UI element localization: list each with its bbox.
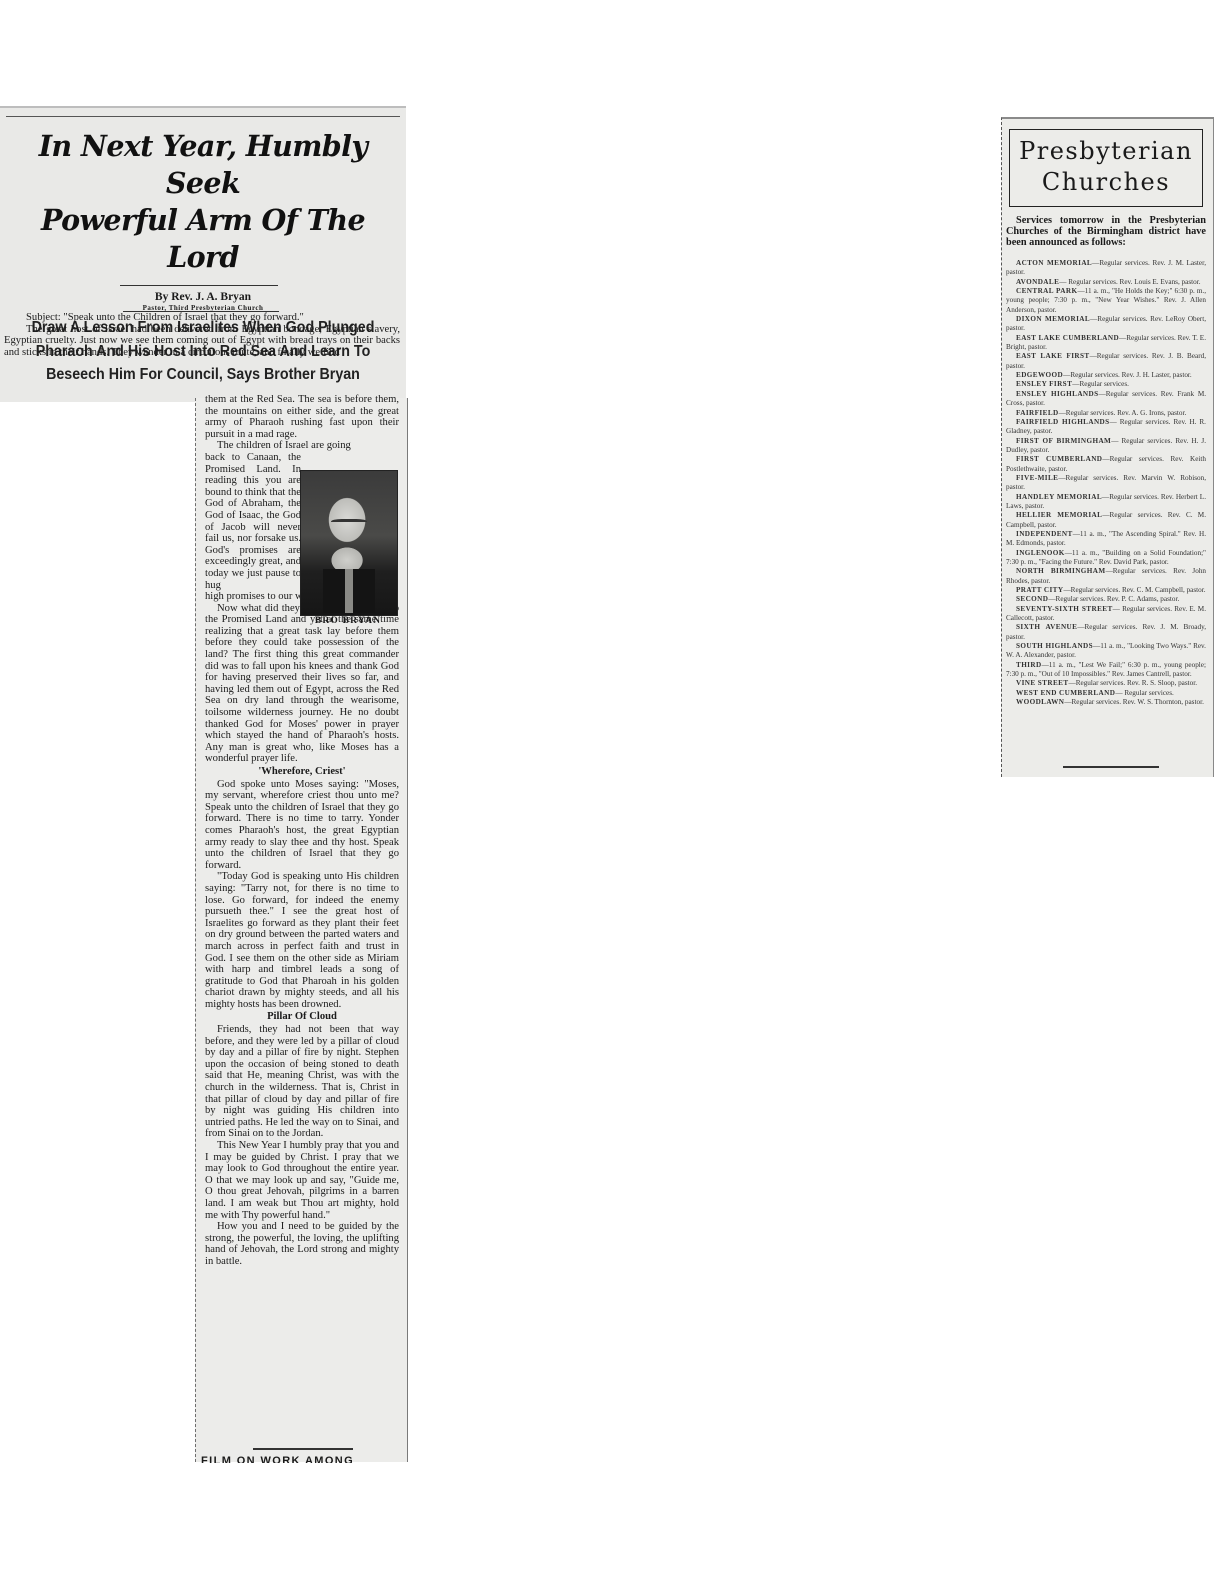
church-entry: FAIRFIELD HIGHLANDS— Regular services. R… [1006, 418, 1206, 437]
byline: By Rev. J. A. Bryan [0, 291, 406, 303]
church-name: HANDLEY MEMORIAL [1016, 493, 1102, 501]
church-name: EAST LAKE CUMBERLAND [1016, 334, 1119, 342]
church-name: FIVE-MILE [1016, 474, 1058, 482]
church-entry: THIRD—11 a. m., "Lest We Fail;" 6:30 p. … [1006, 661, 1206, 680]
church-entry: ENSLEY FIRST—Regular services. [1006, 380, 1206, 389]
church-entry: DIXON MEMORIAL—Regular services. Rev. Le… [1006, 315, 1206, 334]
church-entry: INGLENOOK—11 a. m., "Building on a Solid… [1006, 549, 1206, 568]
church-list: ACTON MEMORIAL—Regular services. Rev. J.… [1006, 259, 1206, 708]
church-name: FIRST OF BIRMINGHAM [1016, 437, 1111, 445]
church-name: FAIRFIELD [1016, 409, 1059, 417]
church-entry: PRATT CITY—Regular services. Rev. C. M. … [1006, 586, 1206, 595]
paragraph: Now what did they do standing so near to… [205, 603, 399, 765]
church-entry: SOUTH HIGHLANDS—11 a. m., "Looking Two W… [1006, 642, 1206, 661]
church-name: HELLIER MEMORIAL [1016, 511, 1102, 519]
title-line-1: Presbyterian [1010, 136, 1202, 167]
church-entry: EAST LAKE CUMBERLAND—Regular services. R… [1006, 334, 1206, 353]
church-entry: AVONDALE— Regular services. Rev. Louis E… [1006, 278, 1206, 287]
church-entry: FIVE-MILE—Regular services. Rev. Marvin … [1006, 474, 1206, 493]
church-name: FIRST CUMBERLAND [1016, 455, 1102, 463]
church-name: DIXON MEMORIAL [1016, 315, 1090, 323]
church-details: —Regular services. Rev. J. H. Laster, pa… [1063, 371, 1192, 379]
church-name: ACTON MEMORIAL [1016, 259, 1092, 267]
church-name: SECOND [1016, 595, 1048, 603]
church-entry: FAIRFIELD—Regular services. Rev. A. G. I… [1006, 409, 1206, 418]
church-entry: FIRST OF BIRMINGHAM— Regular services. R… [1006, 437, 1206, 456]
church-details: —Regular services. Rev. A. G. Irons, pas… [1059, 409, 1187, 417]
church-name: SOUTH HIGHLANDS [1016, 642, 1093, 650]
intro-paragraph: The great host of Israel had been delive… [4, 324, 400, 359]
church-name: AVONDALE [1016, 278, 1059, 286]
deck-line-3: Beseech Him For Council, Says Brother Br… [18, 363, 388, 387]
church-name: CENTRAL PARK [1016, 287, 1077, 295]
church-entry: ENSLEY HIGHLANDS—Regular services. Rev. … [1006, 390, 1206, 409]
church-listing-intro: Services tomorrow in the Presbyterian Ch… [1006, 215, 1206, 248]
church-name: ENSLEY HIGHLANDS [1016, 390, 1099, 398]
paragraph: Friends, they had not been that way befo… [205, 1024, 399, 1140]
paragraph: The children of Israel are going [205, 440, 399, 452]
portrait-photo [300, 470, 398, 616]
church-entry: NORTH BIRMINGHAM—Regular services. Rev. … [1006, 567, 1206, 586]
church-entry: EAST LAKE FIRST—Regular services. Rev. J… [1006, 352, 1206, 371]
headline-line-2: Powerful Arm Of The Lord [4, 202, 402, 276]
church-name: EDGEWOOD [1016, 371, 1063, 379]
paragraph: them at the Red Sea. The sea is before t… [205, 394, 399, 440]
church-name: WOODLAWN [1016, 698, 1064, 706]
church-details: —Regular services. Rev. C. M. Campbell, … [1063, 586, 1205, 594]
church-entry: FIRST CUMBERLAND—Regular services. Rev. … [1006, 455, 1206, 474]
subhead-pillar-of-cloud: Pillar Of Cloud [205, 1011, 399, 1023]
subhead-wherefore-criest: 'Wherefore, Criest' [205, 766, 399, 778]
intro-text: Services tomorrow in the Presbyterian Ch… [1006, 215, 1206, 248]
church-details: — Regular services. Rev. Louis E. Evans,… [1059, 278, 1200, 286]
church-name: SEVENTY-SIXTH STREET [1016, 605, 1113, 613]
article-intro: Subject: "Speak unto the Children of Isr… [4, 312, 400, 358]
church-details: — Regular services. [1115, 689, 1173, 697]
portrait-eyes [331, 519, 367, 528]
church-name: VINE STREET [1016, 679, 1069, 687]
church-entry: WOODLAWN—Regular services. Rev. W. S. Th… [1006, 698, 1206, 707]
church-name: ENSLEY FIRST [1016, 380, 1072, 388]
church-entry: INDEPENDENT—11 a. m., "The Ascending Spi… [1006, 530, 1206, 549]
church-entry: WEST END CUMBERLAND— Regular services. [1006, 689, 1206, 698]
church-details: —Regular services. Rev. W. S. Thornton, … [1064, 698, 1204, 706]
top-rule [6, 116, 400, 117]
title-line-2: Churches [1010, 167, 1202, 198]
church-listing-title: Presbyterian Churches [1009, 129, 1203, 207]
church-name: WEST END CUMBERLAND [1016, 689, 1115, 697]
byline-title: Pastor, Third Presbyterian Church [0, 304, 406, 312]
paragraph: "Today God is speaking unto His children… [205, 871, 399, 1010]
paragraph: How you and I need to be guided by the s… [205, 1221, 399, 1267]
church-entry: SIXTH AVENUE—Regular services. Rev. J. M… [1006, 623, 1206, 642]
church-end-rule [1063, 766, 1159, 768]
paragraph: This New Year I humbly pray that you and… [205, 1140, 399, 1221]
church-entry: ACTON MEMORIAL—Regular services. Rev. J.… [1006, 259, 1206, 278]
church-entry: VINE STREET—Regular services. Rev. R. S.… [1006, 679, 1206, 688]
church-details: —Regular services. Rev. P. C. Adams, pas… [1048, 595, 1179, 603]
church-name: INDEPENDENT [1016, 530, 1073, 538]
church-name: NORTH BIRMINGHAM [1016, 567, 1106, 575]
church-name: PRATT CITY [1016, 586, 1063, 594]
church-entry: SECOND—Regular services. Rev. P. C. Adam… [1006, 595, 1206, 604]
church-entry: EDGEWOOD—Regular services. Rev. J. H. La… [1006, 371, 1206, 380]
church-name: THIRD [1016, 661, 1042, 669]
church-entry: SEVENTY-SIXTH STREET— Regular services. … [1006, 605, 1206, 624]
church-name: SIXTH AVENUE [1016, 623, 1077, 631]
church-name: FAIRFIELD HIGHLANDS [1016, 418, 1110, 426]
article-headline: In Next Year, Humbly Seek Powerful Arm O… [4, 128, 402, 276]
church-entry: HELLIER MEMORIAL—Regular services. Rev. … [1006, 511, 1206, 530]
church-entry: CENTRAL PARK—11 a. m., "He Holds the Key… [1006, 287, 1206, 315]
portrait-collar [323, 569, 375, 613]
church-entry: HANDLEY MEMORIAL—Regular services. Rev. … [1006, 493, 1206, 512]
paragraph: God spoke unto Moses saying: "Moses, my … [205, 779, 399, 872]
subject-line: Subject: "Speak unto the Children of Isr… [4, 312, 400, 324]
headline-line-1: In Next Year, Humbly Seek [4, 128, 402, 202]
church-details: —Regular services. [1072, 380, 1129, 388]
paragraph-beside-photo: back to Canaan, the Promised Land. In re… [205, 452, 301, 591]
church-name: EAST LAKE FIRST [1016, 352, 1090, 360]
byline-divider [120, 285, 278, 286]
next-article-headline: FILM ON WORK AMONG [201, 1455, 401, 1463]
church-name: INGLENOOK [1016, 549, 1065, 557]
photo-caption: BRO BRYAN [300, 616, 396, 626]
church-details: —Regular services. Rev. R. S. Sloop, pas… [1069, 679, 1198, 687]
article-end-rule [253, 1448, 353, 1450]
